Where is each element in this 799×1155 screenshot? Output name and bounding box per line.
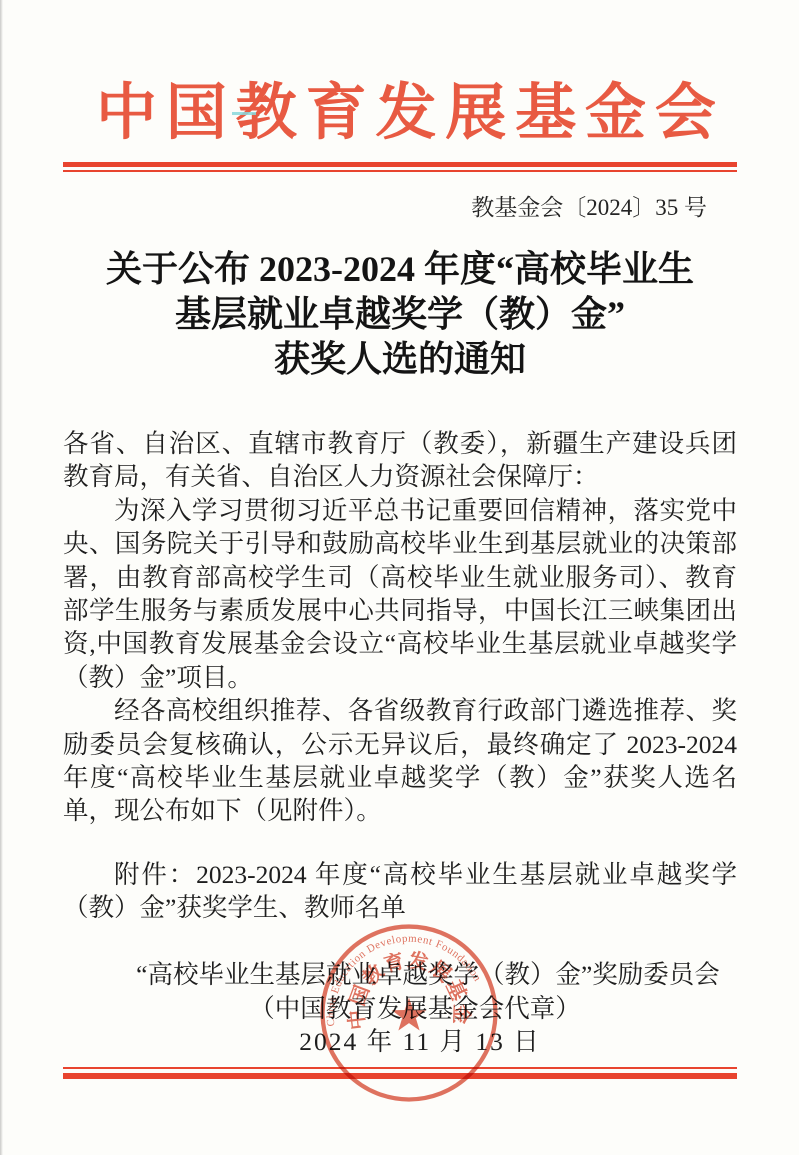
signature-committee: “高校毕业生基层就业卓越奖学（教）金”奖励委员会 (63, 958, 737, 992)
title-line-1: 关于公布 2023-2024 年度“高校毕业生 (63, 247, 737, 292)
signature-block: “高校毕业生基层就业卓越奖学（教）金”奖励委员会 （中国教育发展基金会代章） 2… (63, 958, 737, 1059)
attachment-note: 附件：2023-2024 年度“高校毕业生基层就业卓越奖学（教）金”获奖学生、教… (63, 858, 737, 925)
title-line-2: 基层就业卓越奖学（教）金” (63, 292, 737, 337)
header-divider-thick-line (63, 162, 737, 167)
signature-date: 2024 年 11 月 13 日 (63, 1025, 737, 1059)
footer-divider-rule (63, 1067, 737, 1079)
title-line-3: 获奖人选的通知 (63, 337, 737, 382)
scan-artifact (232, 112, 256, 115)
salutation: 各省、自治区、直辖市教育厅（教委），新疆生产建设兵团教育局，有关省、自治区人力资… (63, 427, 737, 494)
header-divider-rule (63, 162, 737, 172)
signature-on-behalf: （中国教育发展基金会代章） (63, 992, 737, 1026)
paragraph-background: 为深入学习贯彻习近平总书记重要回信精神，落实党中央、国务院关于引导和鼓励高校毕业… (63, 494, 737, 694)
document-title: 关于公布 2023-2024 年度“高校毕业生 基层就业卓越奖学（教）金” 获奖… (63, 247, 737, 382)
paragraph-announcement: 经各高校组织推荐、各省级教育行政部门遴选推荐、奖励委员会复核确认，公示无异议后，… (63, 694, 737, 828)
footer-divider-thin-line (63, 1067, 737, 1069)
letterhead-org-name: 中国教育发展基金会 (96, 82, 716, 146)
footer-divider-thick-line (63, 1073, 737, 1079)
document-number: 教基金会〔2024〕35 号 (471, 194, 707, 221)
document-body: 各省、自治区、直辖市教育厅（教委），新疆生产建设兵团教育局，有关省、自治区人力资… (63, 427, 737, 828)
document-page: 中国教育发展基金会 教基金会〔2024〕35 号 关于公布 2023-2024 … (0, 0, 799, 1155)
header-divider-thin-line (63, 170, 737, 172)
